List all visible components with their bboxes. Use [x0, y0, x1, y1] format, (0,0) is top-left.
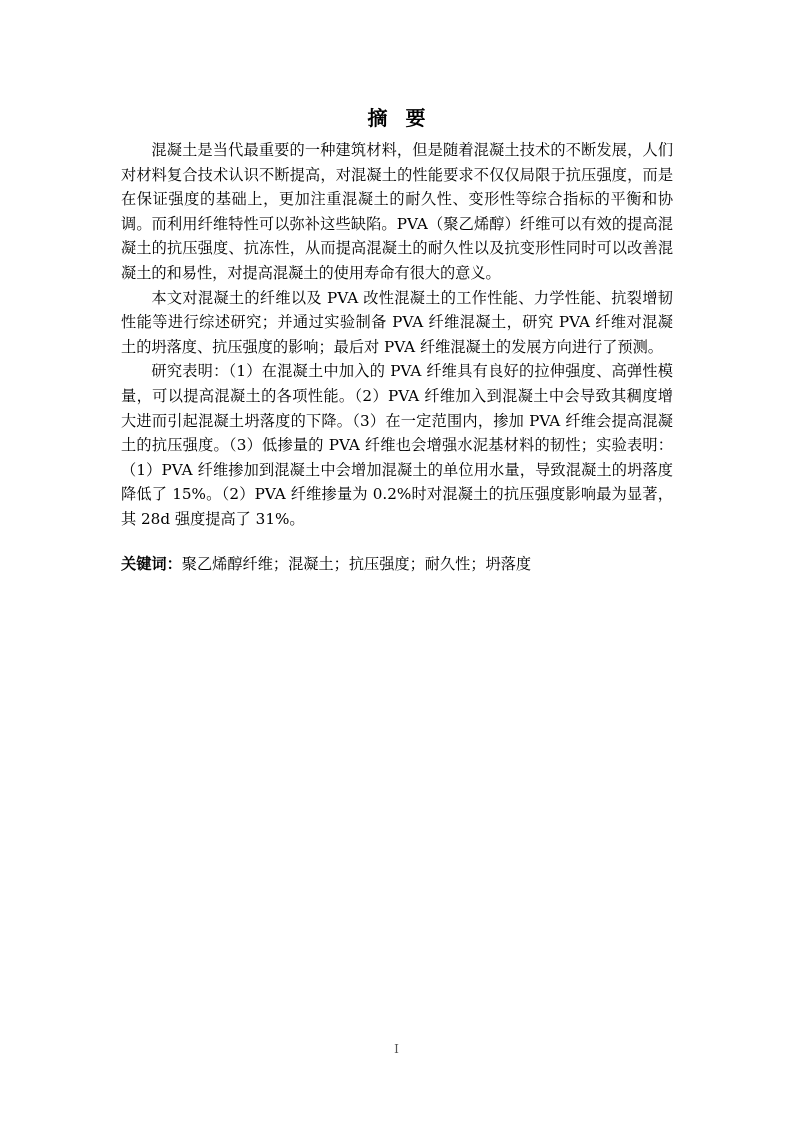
abstract-paragraph-1: 混凝土是当代最重要的一种建筑材料，但是随着混凝土技术的不断发展，人们对材料复合技… — [121, 138, 673, 286]
page-number: I — [0, 1042, 793, 1056]
keywords-line: 关键词：聚乙烯醇纤维；混凝土；抗压强度；耐久性；坍落度 — [121, 552, 673, 576]
abstract-body: 混凝土是当代最重要的一种建筑材料，但是随着混凝土技术的不断发展，人们对材料复合技… — [121, 138, 673, 532]
keywords-label: 关键词： — [121, 555, 182, 573]
abstract-paragraph-2: 本文对混凝土的纤维以及 PVA 改性混凝土的工作性能、力学性能、抗裂增韧性能等进… — [121, 286, 673, 360]
abstract-title: 摘要 — [0, 104, 793, 132]
abstract-title-char-1: 摘 — [368, 106, 388, 130]
abstract-title-char-2: 要 — [406, 106, 426, 130]
keywords-list: 聚乙烯醇纤维；混凝土；抗压强度；耐久性；坍落度 — [182, 555, 531, 573]
abstract-paragraph-3: 研究表明：（1）在混凝土中加入的 PVA 纤维具有良好的拉伸强度、高弹性模量，可… — [121, 359, 673, 531]
document-page: 摘要 混凝土是当代最重要的一种建筑材料，但是随着混凝土技术的不断发展，人们对材料… — [0, 0, 793, 1122]
